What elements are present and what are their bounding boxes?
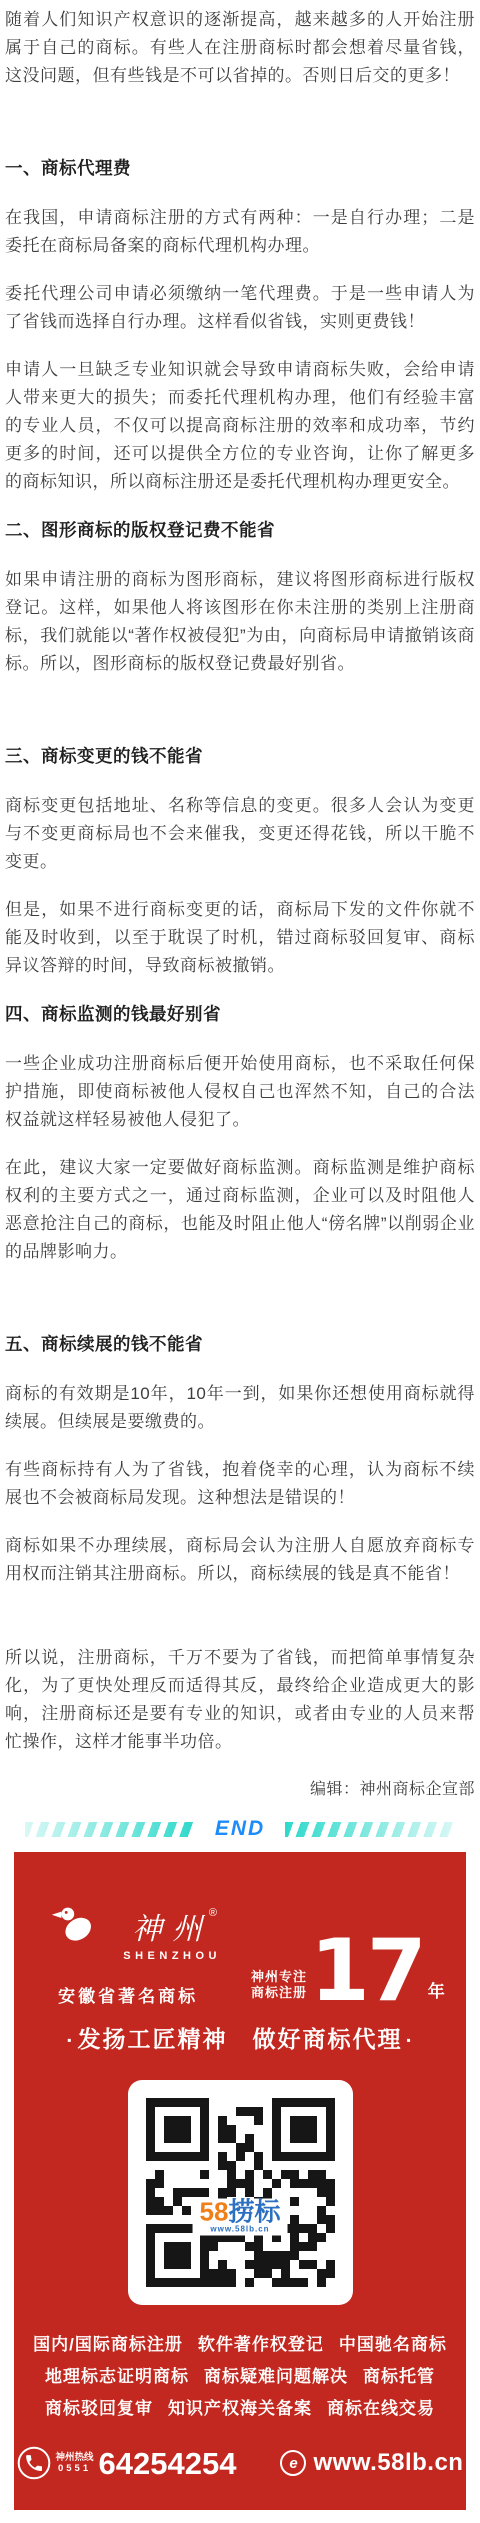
years-badge: 神州专注 商标注册 17 年 (251, 1936, 445, 2007)
slogan-bullet-icon: ▪ (407, 2033, 413, 2047)
qr-brand-label: 58捞标 www.58lb.cn (193, 2199, 288, 2236)
section-3-heading: 三、商标变更的钱不能省 (5, 742, 475, 770)
service-item: 商标驳回复审 (45, 2397, 153, 2420)
slogan-text: 发扬工匠精神 做好商标代理 (78, 2026, 403, 2052)
end-label: END (215, 1818, 265, 1840)
service-item: 地理标志证明商标 (45, 2365, 189, 2388)
qr-brand-url: www.58lb.cn (200, 2225, 281, 2234)
years-label: 神州专注 商标注册 (251, 1969, 307, 2001)
brand-name-cn: 神州 (123, 1915, 221, 1945)
hotline-number: 64254254 (99, 2448, 237, 2479)
section-5-paragraph: 商标如果不办理续展，商标局会认为注册人自愿放弃商标专用权而注销其注册商标。所以，… (5, 1532, 475, 1588)
qr-brand-name: 58捞标 (200, 2199, 281, 2225)
years-unit: 年 (428, 1977, 445, 2002)
divider-stripes-left-icon (25, 1822, 195, 1837)
hotline-label: 神州热线 (56, 2452, 94, 2463)
qr-brand-laobiao: 捞标 (228, 2197, 280, 2227)
services-list: 国内/国际商标注册 软件著作权登记 中国驰名商标 地理标志证明商标 商标疑难问题… (14, 2333, 466, 2420)
editor-credit: 编辑：神州商标企宣部 (5, 1776, 475, 1804)
article-body: 随着人们知识产权意识的逐渐提高，越来越多的人开始注册属于自己的商标。有些人在注册… (0, 0, 480, 1804)
qr-brand-58: 58 (200, 2197, 229, 2227)
section-4-paragraph: 一些企业成功注册商标后便开始使用商标，也不采取任何保护措施，即使商标被他人侵权自… (5, 1050, 475, 1134)
slogan-bullet-icon: ▪ (67, 2033, 73, 2047)
contact-row: 神州热线 0551 64254254 e www.58lb.cn (14, 2446, 466, 2480)
years-label-line1: 神州专注 (251, 1969, 307, 1985)
section-2-paragraph: 如果申请注册的商标为图形商标，建议将图形商标进行版权登记。这样，如果他人将该图形… (5, 566, 475, 678)
brand-logo-row: ® 神州 SHENZHOU 安徽省著名商标 神州专注 商标注册 17 年 (14, 1894, 466, 2007)
slogan: ▪发扬工匠精神 做好商标代理▪ (14, 2023, 466, 2056)
services-row: 商标驳回复审 知识产权海关备案 商标在线交易 (14, 2397, 466, 2420)
section-3-paragraph: 但是，如果不进行商标变更的话，商标局下发的文件你就不能及时收到，以至于耽误了时机… (5, 896, 475, 980)
hotline-area-code: 0551 (56, 2463, 94, 2474)
section-1-paragraph: 在我国，申请商标注册的方式有两种：一是自行办理；二是委托在商标局备案的商标代理机… (5, 204, 475, 260)
dove-crescent-icon (35, 1894, 115, 1974)
brand-honor-label: 安徽省著名商标 (35, 1982, 221, 2007)
section-1-heading: 一、商标代理费 (5, 154, 475, 182)
hotline-label-block: 神州热线 0551 (56, 2452, 94, 2474)
service-item: 商标在线交易 (327, 2397, 435, 2420)
years-number: 17 (310, 1936, 424, 2007)
website-url: www.58lb.cn (313, 2449, 463, 2477)
service-item: 知识产权海关备案 (168, 2397, 312, 2420)
service-item: 中国驰名商标 (339, 2333, 447, 2356)
service-item: 商标托管 (363, 2365, 435, 2388)
brand-text-block: ® 神州 SHENZHOU (123, 1907, 221, 1962)
years-label-line2: 商标注册 (251, 1985, 307, 2001)
services-row: 地理标志证明商标 商标疑难问题解决 商标托管 (14, 2365, 466, 2388)
section-4-paragraph: 在此，建议大家一定要做好商标监测。商标监测是维护商标权利的主要方式之一，通过商标… (5, 1154, 475, 1266)
qr-code-box: 58捞标 www.58lb.cn (128, 2080, 353, 2305)
web-e-icon: e (280, 2450, 306, 2476)
section-1-paragraph: 申请人一旦缺乏专业知识就会导致申请商标失败，会给申请人带来更大的损失；而委托代理… (5, 356, 475, 496)
intro-paragraph: 随着人们知识产权意识的逐渐提高，越来越多的人开始注册属于自己的商标。有些人在注册… (5, 6, 475, 90)
section-5-paragraph: 有些商标持有人为了省钱，抱着侥幸的心理，认为商标不续展也不会被商标局发现。这种想… (5, 1456, 475, 1512)
brand-name-en: SHENZHOU (123, 1950, 221, 1962)
conclusion-paragraph: 所以说，注册商标，千万不要为了省钱，而把简单事情复杂化，为了更快处理反而适得其反… (5, 1644, 475, 1756)
section-5-paragraph: 商标的有效期是10年，10年一到，如果你还想使用商标就得续展。但续展是要缴费的。 (5, 1380, 475, 1436)
section-3-paragraph: 商标变更包括地址、名称等信息的变更。很多人会认为变更与不变更商标局也不会来催我，… (5, 792, 475, 876)
services-row: 国内/国际商标注册 软件著作权登记 中国驰名商标 (14, 2333, 466, 2356)
divider-stripes-right-icon (285, 1822, 455, 1837)
section-5-heading: 五、商标续展的钱不能省 (5, 1330, 475, 1358)
qr-code (146, 2098, 335, 2287)
shenzhou-logo: ® 神州 SHENZHOU 安徽省著名商标 (35, 1894, 221, 2007)
service-item: 软件著作权登记 (198, 2333, 324, 2356)
end-divider: END (0, 1818, 480, 1840)
service-item: 商标疑难问题解决 (204, 2365, 348, 2388)
hotline: 神州热线 0551 64254254 (17, 2446, 237, 2480)
section-1-paragraph: 委托代理公司申请必须缴纳一笔代理费。于是一些申请人为了省钱而选择自行办理。这样看… (5, 280, 475, 336)
promo-banner: ® 神州 SHENZHOU 安徽省著名商标 神州专注 商标注册 17 年 ▪发扬… (14, 1852, 466, 2510)
website: e www.58lb.cn (280, 2449, 463, 2477)
phone-icon (17, 2446, 51, 2480)
service-item: 国内/国际商标注册 (33, 2333, 183, 2356)
section-4-heading: 四、商标监测的钱最好别省 (5, 1000, 475, 1028)
section-2-heading: 二、图形商标的版权登记费不能省 (5, 516, 475, 544)
